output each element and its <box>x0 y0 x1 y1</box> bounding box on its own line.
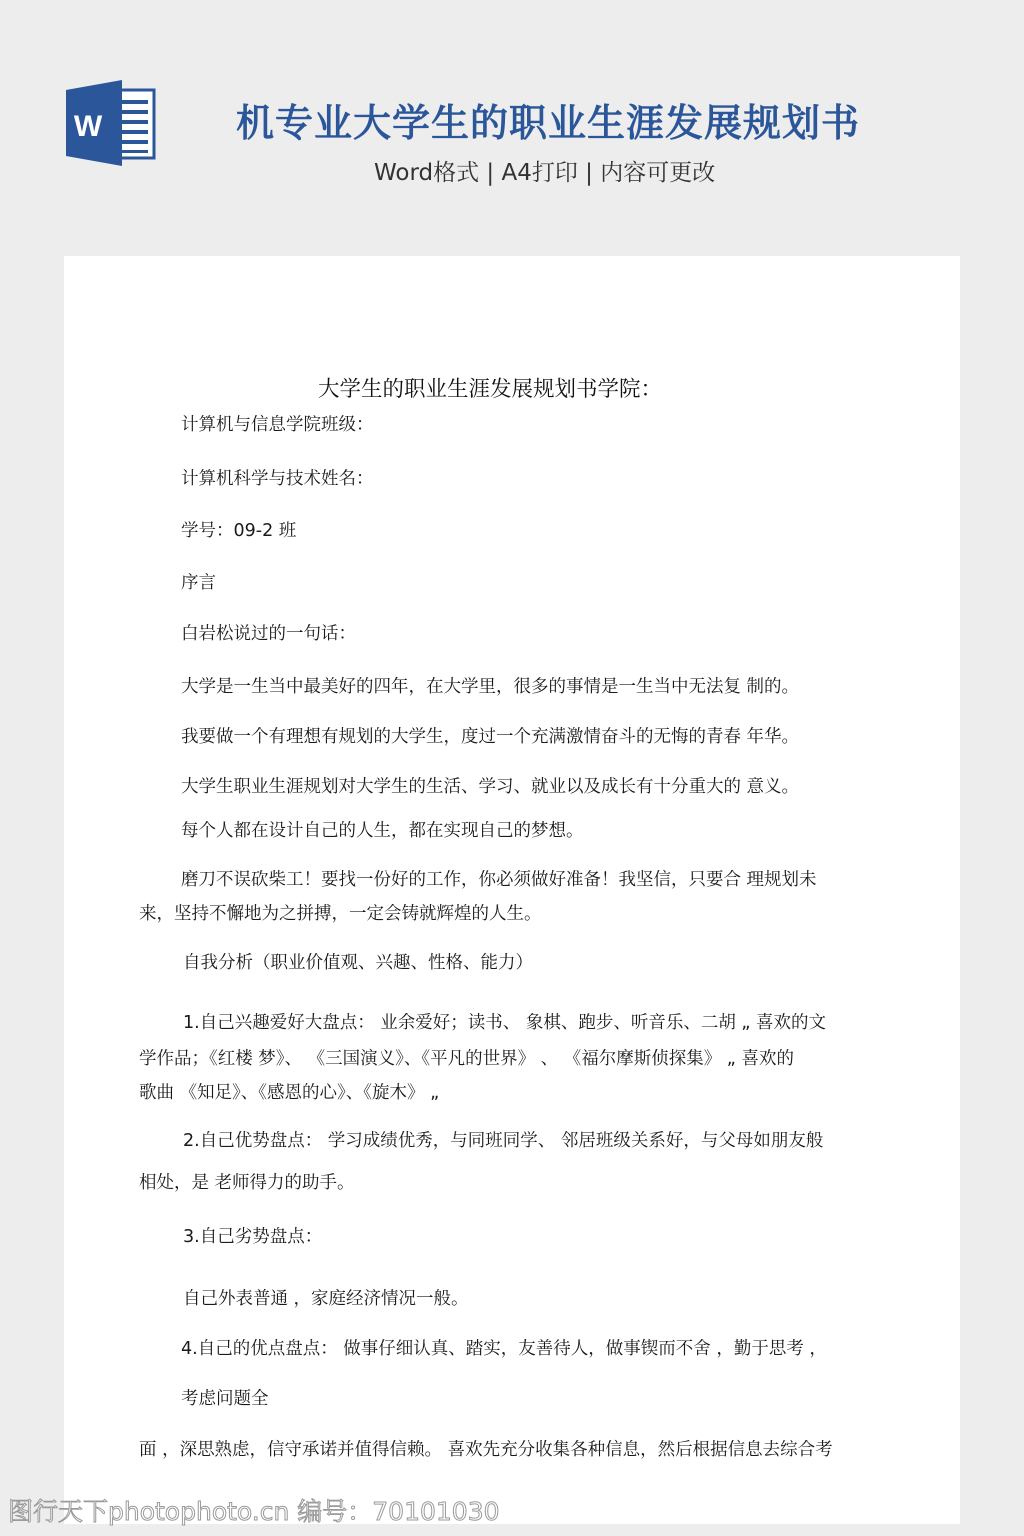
doc-line: 自己外表普通 ，家庭经济情况一般。 <box>183 1288 469 1310</box>
doc-line: 大学生职业生涯规划对大学生的生活、学习、就业以及成长有十分重大的 意义。 <box>181 776 799 798</box>
doc-line: 学号：09-2 班 <box>181 520 296 542</box>
doc-line: 相处，是 老师得力的助手。 <box>139 1172 355 1194</box>
document-title: 大学生的职业生涯发展规划书学院： <box>318 372 662 403</box>
svg-text:W: W <box>74 110 103 143</box>
document-page: 大学生的职业生涯发展规划书学院： 计算机与信息学院班级： 计算机科学与技术姓名：… <box>64 256 960 1524</box>
doc-line: 歌曲 《知足》、《感恩的心》、《旋木》 „ <box>139 1082 439 1104</box>
doc-line: 自我分析（职业价值观、兴趣、性格、能力） <box>183 952 533 974</box>
doc-line: 大学是一生当中最美好的四年，在大学里，很多的事情是一生当中无法复 制的。 <box>181 676 799 698</box>
doc-line: 计算机科学与技术姓名： <box>181 468 374 490</box>
doc-line: 磨刀不误砍柴工！要找一份好的工作，你必须做好准备！我坚信，只要合 理规划未 <box>181 869 817 891</box>
doc-line: 来，坚持不懈地为之拼搏，一定会铸就辉煌的人生。 <box>139 903 542 925</box>
doc-line: 3.自己劣势盘点： <box>183 1226 322 1248</box>
doc-line: 4.自己的优点盘点： 做事仔细认真、踏实，友善待人，做事锲而不舍 ，勤于思考 ， <box>181 1338 827 1360</box>
doc-line: 学作品；《红楼 梦》、 《三国演义》、《平凡的世界》 、 《福尔摩斯侦探集》 „… <box>139 1048 794 1070</box>
banner-header: W 机专业大学生的职业生涯发展规划书 Word格式 | A4打印 | 内容可更改 <box>0 0 1024 256</box>
doc-line: 考虑问题全 <box>181 1388 269 1410</box>
doc-line: 计算机与信息学院班级： <box>181 414 374 436</box>
banner-subtitle: Word格式 | A4打印 | 内容可更改 <box>374 154 715 187</box>
doc-line: 2.自己优势盘点： 学习成绩优秀，与同班同学、 邻居班级关系好，与父母如朋友般 <box>183 1130 823 1152</box>
doc-line: 白岩松说过的一句话： <box>181 623 356 645</box>
doc-line: 面 ，深思熟虑，信守承诺并值得信赖。 喜欢先充分收集各种信息，然后根据信息去综合… <box>139 1439 833 1461</box>
doc-line: 1.自己兴趣爱好大盘点： 业余爱好；读书、 象棋、跑步、听音乐、二胡 „ 喜欢的… <box>183 1012 826 1034</box>
watermark-text: 图行天下photophoto.cn 编号：70101030 <box>8 1492 500 1528</box>
doc-line: 序言 <box>181 572 216 594</box>
doc-line: 我要做一个有理想有规划的大学生，度过一个充满激情奋斗的无悔的青春 年华。 <box>181 726 799 748</box>
doc-line: 每个人都在设计自己的人生，都在实现自己的梦想。 <box>181 820 584 842</box>
banner-title: 机专业大学生的职业生涯发展规划书 <box>236 92 860 147</box>
word-document-icon: W <box>64 80 158 166</box>
